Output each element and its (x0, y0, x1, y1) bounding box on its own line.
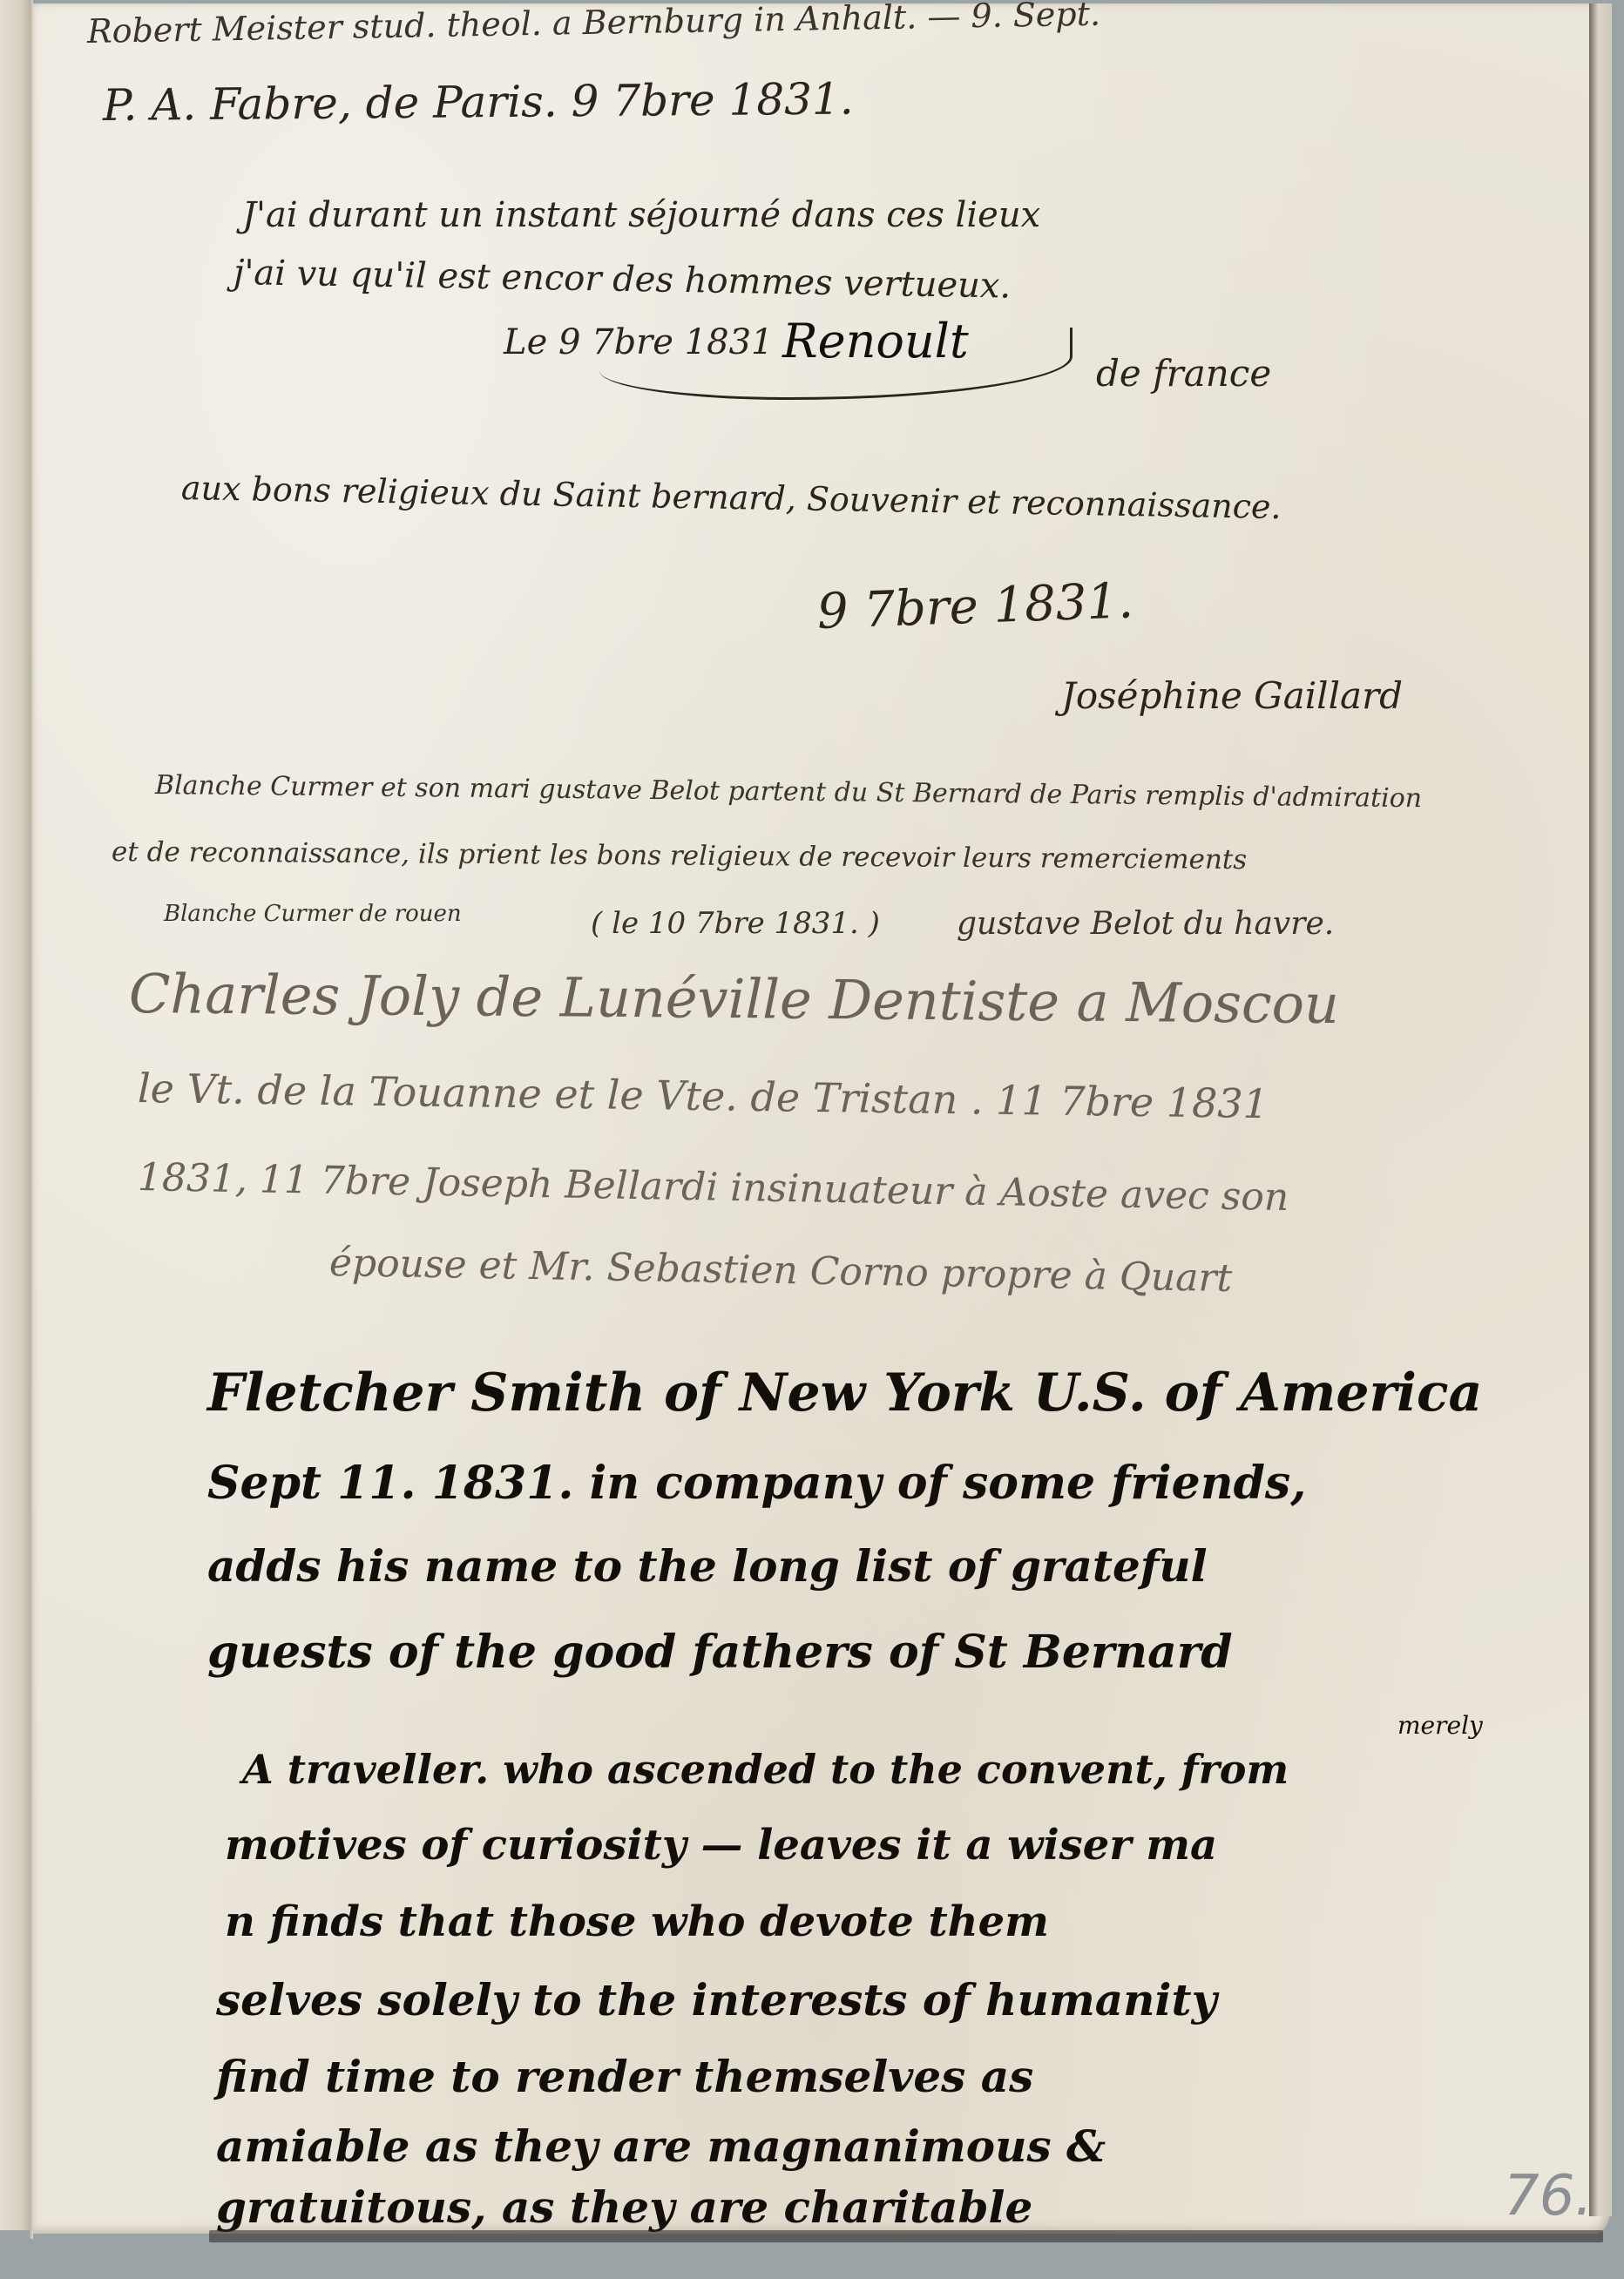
entry-smith-line-3: adds his name to the long list of gratef… (207, 1540, 1208, 1592)
page-underlay-shadow (209, 2230, 1603, 2242)
entry-traveller-line-7: gratuitous, as they are charitable (216, 2181, 1032, 2233)
entry-traveller-line-6: amiable as they are magnanimous & (216, 2120, 1106, 2172)
entry-traveller-insertion: merely (1397, 1711, 1483, 1740)
entry-renoult-line-2: j'ai vu qu'il est encor des hommes vertu… (233, 253, 1012, 307)
entry-belot-signature-right: gustave Belot du havre. (957, 906, 1334, 942)
entry-gaillard-text: aux bons religieux du Saint bernard, Sou… (181, 469, 1282, 526)
entry-renoult-line-1: J'ai durant un instant séjourné dans ces… (242, 195, 1040, 235)
entry-bellardi-line-2: épouse et Mr. Sebastien Corno propre à Q… (329, 1241, 1233, 1301)
entry-joly-line-2: le Vt. de la Touanne et le Vte. de Trist… (138, 1065, 1269, 1127)
entry-traveller-line-1: A traveller. who ascended to the convent… (242, 1746, 1289, 1793)
entry-belot-signature-left: Blanche Curmer de rouen (164, 901, 462, 927)
signature-flourish (599, 328, 1073, 400)
entry-bellardi-line-1: 1831, 11 7bre Joseph Bellardi insinuateu… (138, 1155, 1289, 1220)
page-number: 76. (1504, 2164, 1593, 2228)
entry-gaillard-date: 9 7bre 1831. (816, 572, 1134, 640)
entry-belot-line-2: et de reconnaissance, ils prient les bon… (112, 836, 1247, 876)
entry-traveller-line-4: selves solely to the interests of humani… (216, 1974, 1217, 2025)
entry-renoult-origin: de france (1096, 352, 1271, 395)
entry-smith-line-2: Sept 11. 1831. in company of some friend… (207, 1457, 1306, 1510)
entry-traveller-line-2: motives of curiosity — leaves it a wiser… (225, 1821, 1217, 1870)
manuscript-page: Robert Meister stud. theol. a Bernburg i… (33, 3, 1612, 2234)
entry-fabre: P. A. Fabre, de Paris. 9 7bre 1831. (103, 73, 854, 131)
page-edge-right (1589, 3, 1612, 2216)
entry-gaillard-signature: Joséphine Gaillard (1061, 674, 1403, 717)
entry-traveller-line-3: n finds that those who devote them (225, 1897, 1049, 1946)
entry-traveller-line-5: find time to render themselves as (216, 2051, 1033, 2102)
entry-smith-line-4: guests of the good fathers of St Bernard (207, 1626, 1233, 1679)
entry-belot-line-1: Blanche Curmer et son mari gustave Belot… (155, 770, 1422, 814)
entry-smith-line-1: Fletcher Smith of New York U.S. of Ameri… (207, 1363, 1482, 1424)
facing-page-edge (0, 0, 31, 2230)
entry-joly-line-1: Charles Joly de Lunéville Dentiste a Mos… (129, 962, 1340, 1036)
entry-belot-date: ( le 10 7bre 1831. ) (591, 906, 880, 941)
entry-meister: Robert Meister stud. theol. a Bernburg i… (87, 0, 1101, 51)
